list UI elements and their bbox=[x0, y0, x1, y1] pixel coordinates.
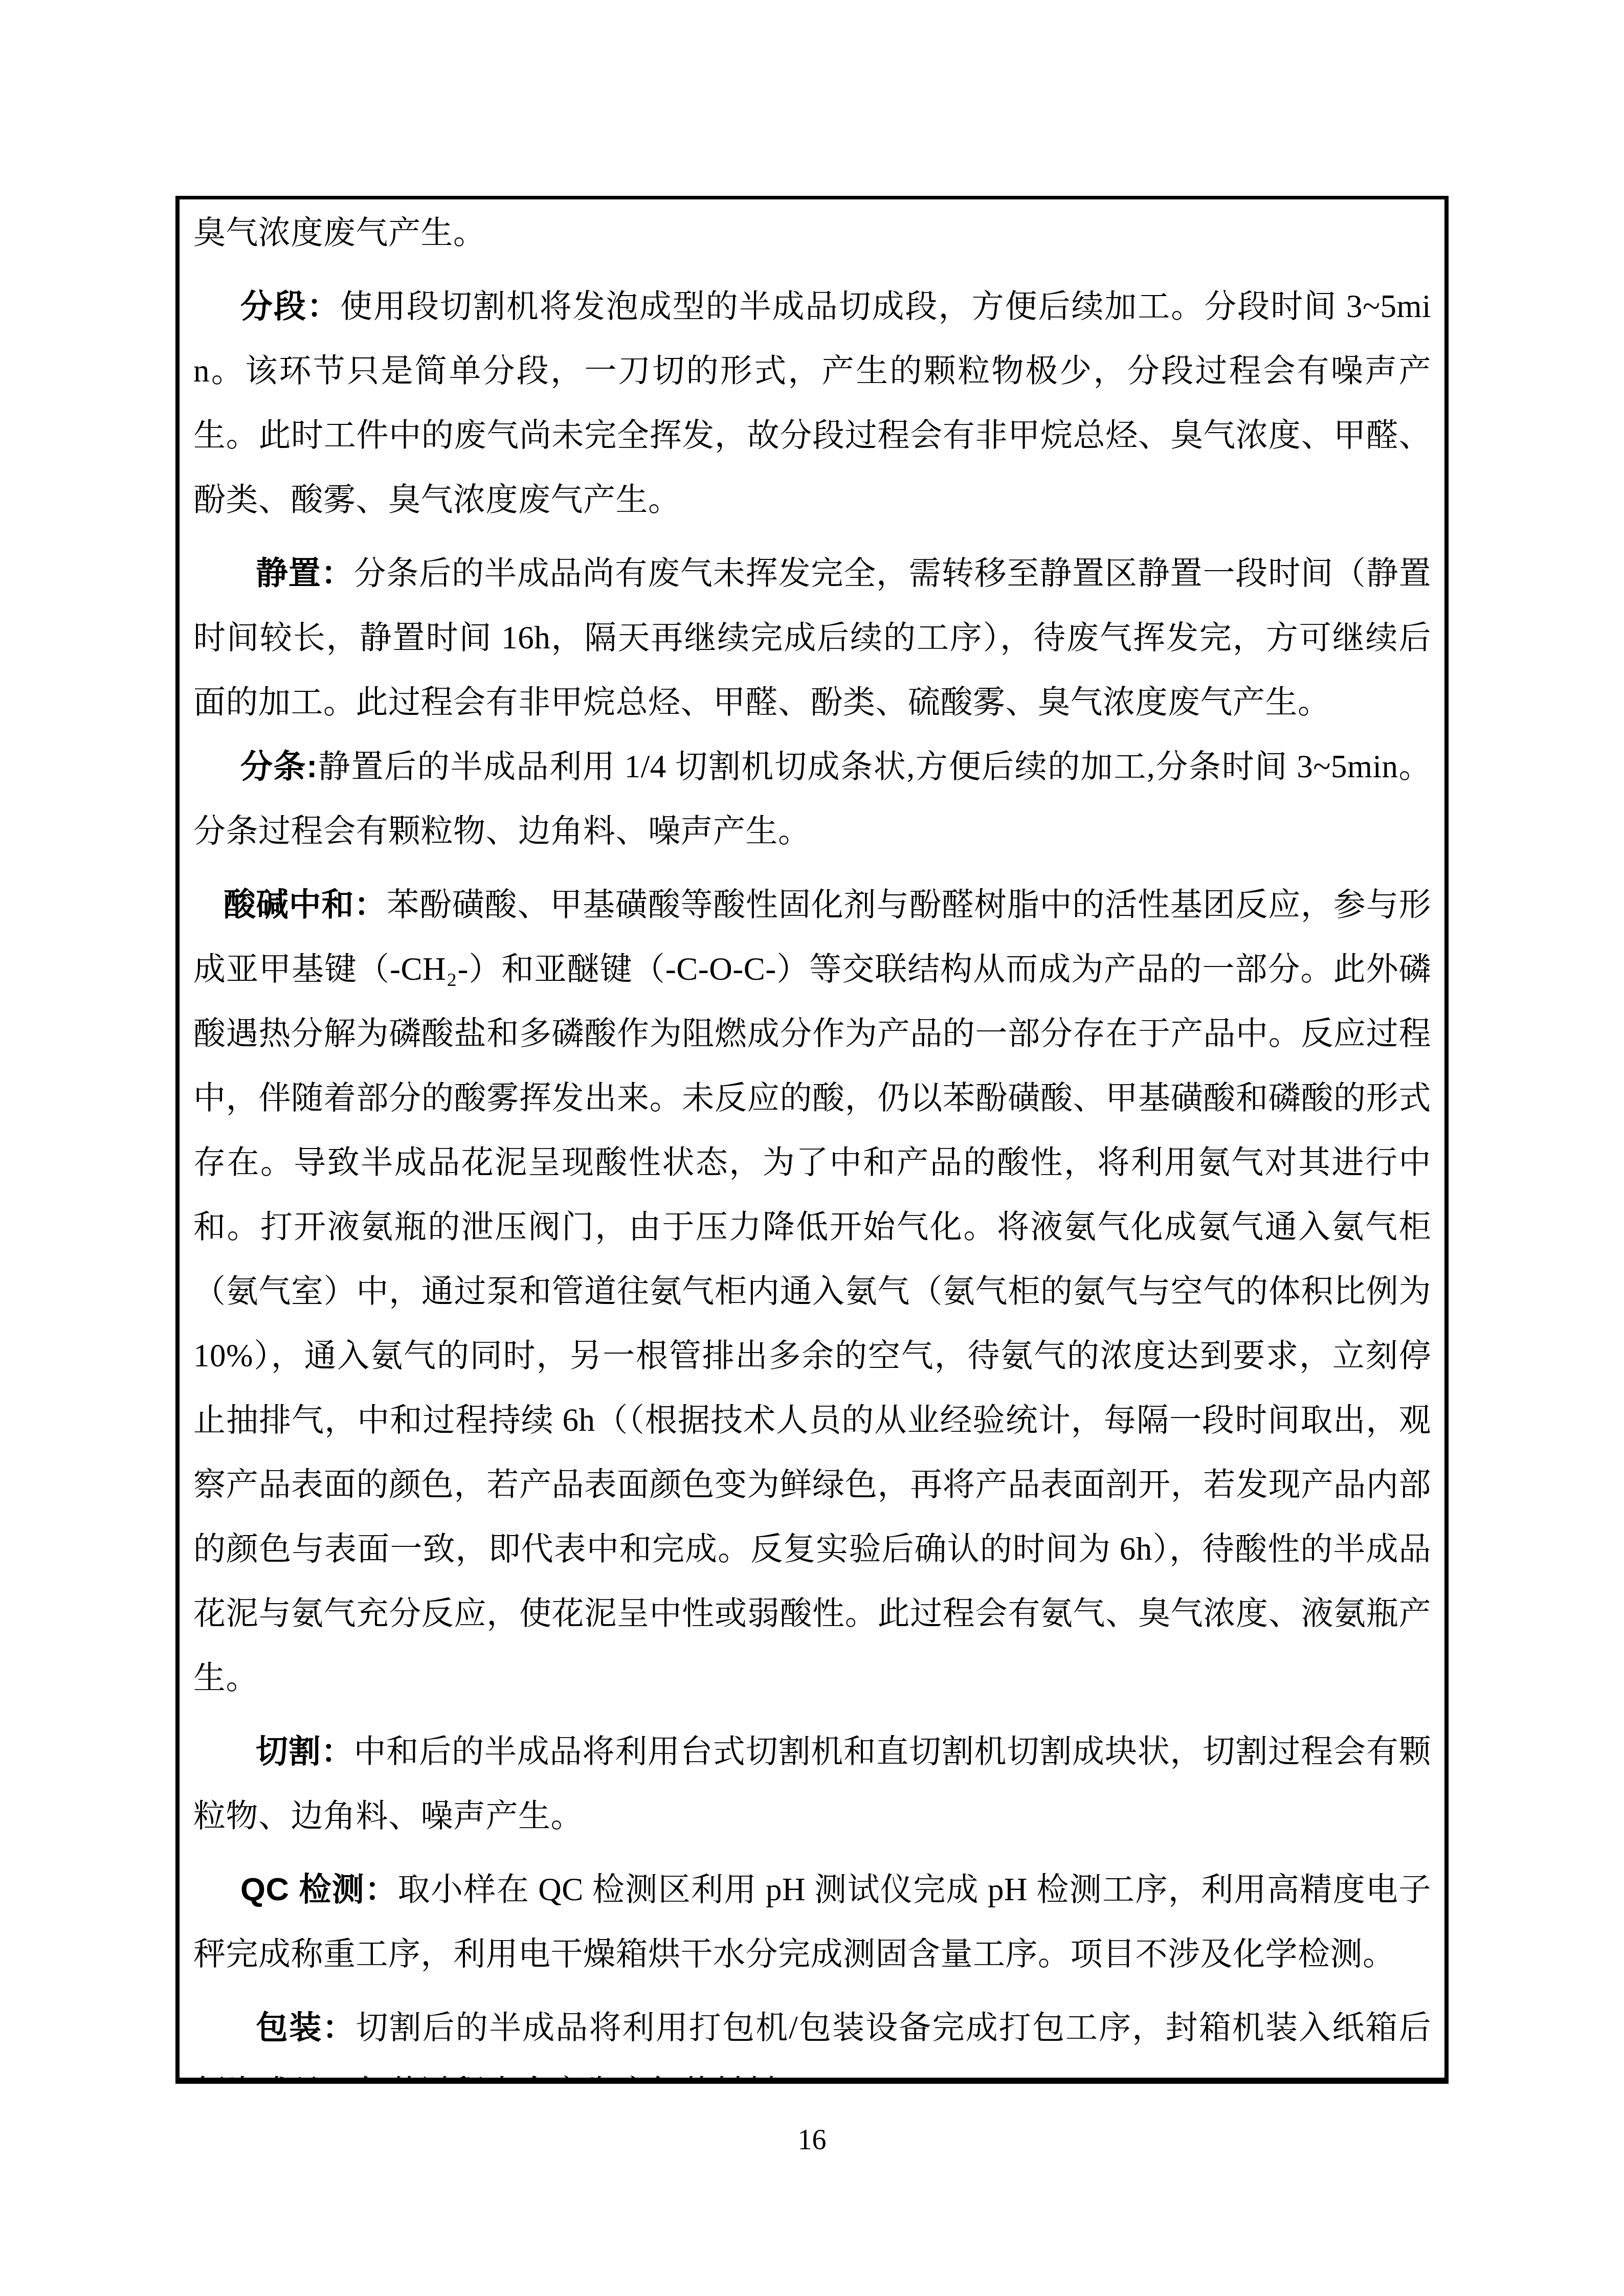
content-cell: 臭气浓度废气产生。 分段：使用段切割机将发泡成型的半成品切成段，方便后续加工。分… bbox=[175, 196, 1449, 2084]
paragraph-fenduan: 分段：使用段切割机将发泡成型的半成品切成段，方便后续加工。分段时间 3~5min… bbox=[193, 274, 1431, 532]
paragraph-text: 静置后的半成品利用 1/4 切割机切成条状,方便后续的加工,分条时间 3~5mi… bbox=[193, 749, 1431, 849]
paragraph-suanjian-zhonghe: 酸碱中和：苯酚磺酸、甲基磺酸等酸性固化剂与酚醛树脂中的活性基团反应，参与形成亚甲… bbox=[193, 872, 1431, 1710]
paragraph-text: 使用段切割机将发泡成型的半成品切成段，方便后续加工。分段时间 3~5min。该环… bbox=[193, 288, 1431, 517]
paragraph-qiege: 切割：中和后的半成品将利用台式切割机和直切割机切割成块状，切割过程会有颗粒物、边… bbox=[193, 1719, 1431, 1848]
paragraph-baozhuang: 包装：切割后的半成品将利用打包机/包装设备完成打包工序，封箱机装入纸箱后便为成品… bbox=[193, 1995, 1431, 2084]
paragraph-jingzhi: 静置：分条后的半成品尚有废气未挥发完全，需转移至静置区静置一段时间（静置时间较长… bbox=[193, 541, 1431, 734]
paragraph-label: 切割： bbox=[256, 1734, 354, 1769]
paragraph-label: 静置： bbox=[256, 555, 354, 591]
paragraph-text: 苯酚磺酸、甲基磺酸等酸性固化剂与酚醛树脂中的活性基团反应，参与形成亚甲基键（-C… bbox=[193, 887, 1431, 1696]
page-number: 16 bbox=[0, 2123, 1624, 2157]
paragraph-label: 包装： bbox=[256, 2010, 355, 2045]
paragraph-continuation: 臭气浓度废气产生。 bbox=[193, 200, 1431, 265]
paragraph-label: 酸碱中和： bbox=[224, 887, 387, 922]
paragraph-qc-jiance: QC 检测：取小样在 QC 检测区利用 pH 测试仪完成 pH 检测工序，利用高… bbox=[193, 1857, 1431, 1986]
paragraph-fentiao: 分条:静置后的半成品利用 1/4 切割机切成条状,方便后续的加工,分条时间 3~… bbox=[193, 734, 1431, 863]
paragraph-text: 臭气浓度废气产生。 bbox=[193, 215, 486, 251]
paragraph-text: 分条后的半成品尚有废气未挥发完全，需转移至静置区静置一段时间（静置时间较长，静置… bbox=[193, 555, 1431, 720]
paragraph-label: 分条: bbox=[240, 749, 318, 784]
paragraph-label: 分段： bbox=[240, 288, 340, 324]
paragraph-label: QC 检测： bbox=[240, 1872, 398, 1907]
document-page: 臭气浓度废气产生。 分段：使用段切割机将发泡成型的半成品切成段，方便后续加工。分… bbox=[0, 0, 1624, 2296]
paragraph-text: 切割后的半成品将利用打包机/包装设备完成打包工序，封箱机装入纸箱后便为成品。包装… bbox=[193, 2010, 1431, 2084]
paragraph-text: 中和后的半成品将利用台式切割机和直切割机切割成块状，切割过程会有颗粒物、边角料、… bbox=[193, 1734, 1431, 1834]
